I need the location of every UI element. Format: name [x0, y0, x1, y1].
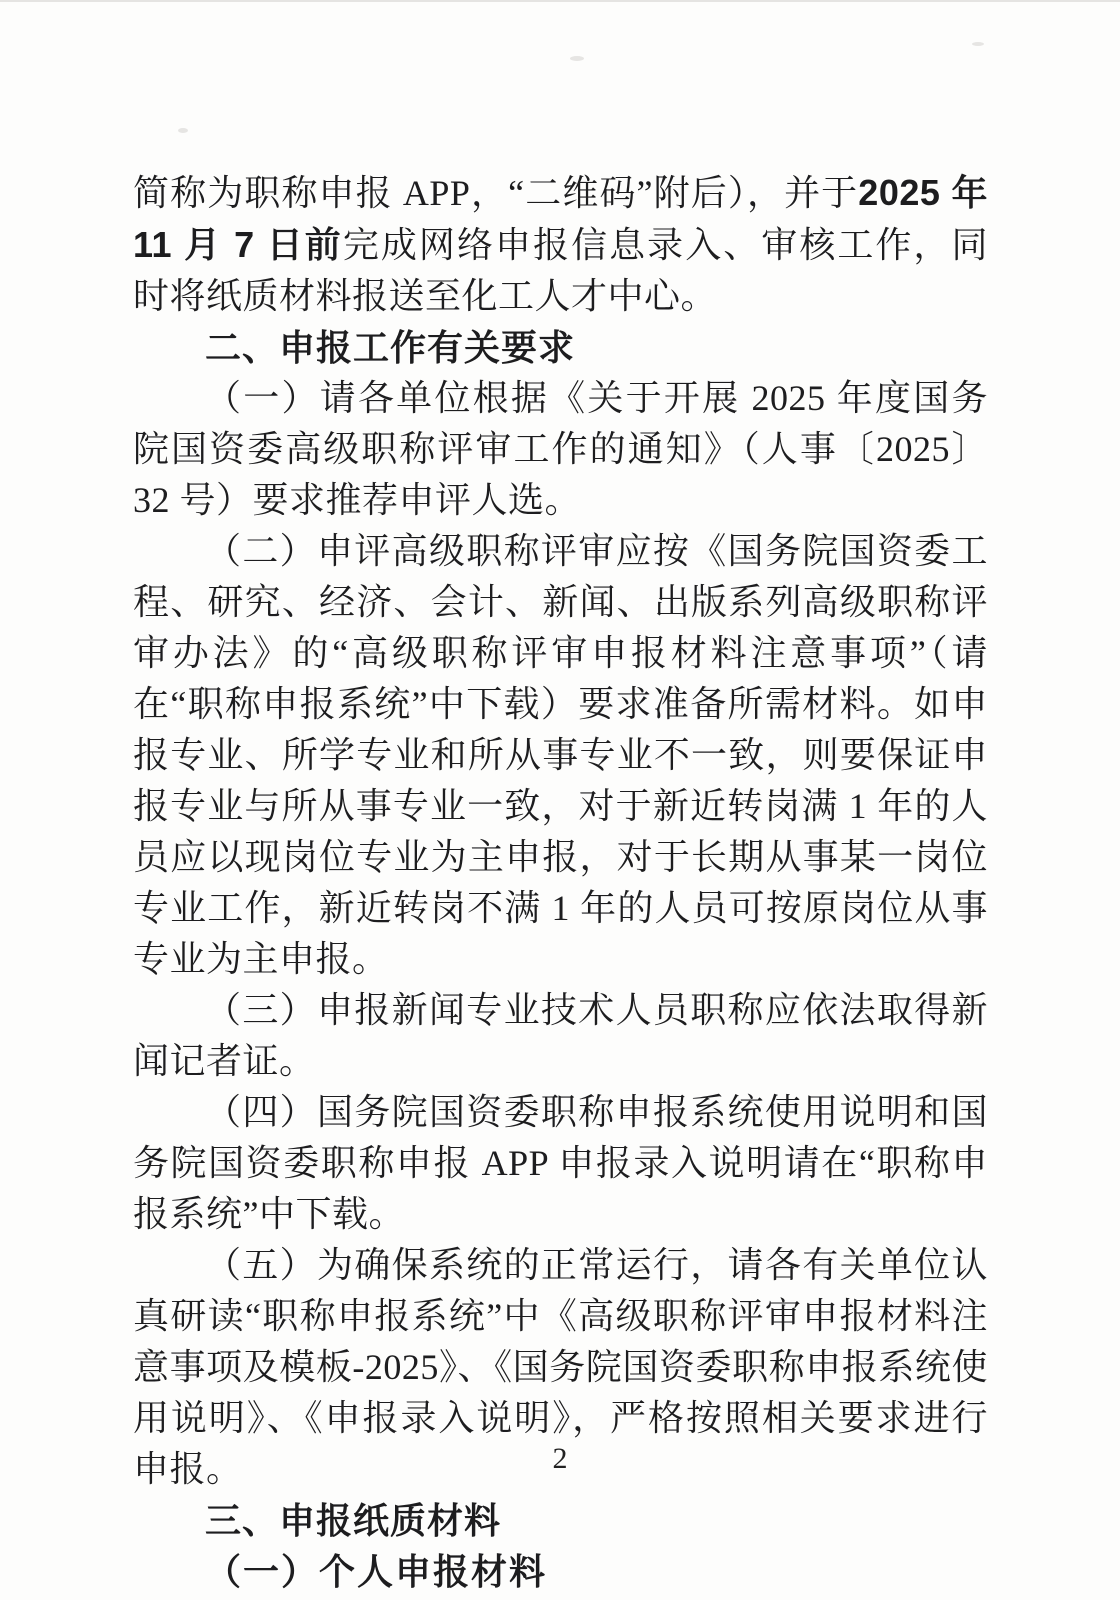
paragraph: （二）申评高级职称评审应按《国务院国资委工程、研究、经济、会计、新闻、出版系列高… [133, 526, 988, 985]
scan-artifact [178, 128, 188, 133]
section-heading: 二、申报工作有关要求 [133, 322, 988, 373]
text-segment: 简称为职称申报 APP，“二维码”附后），并于 [133, 173, 858, 213]
section-heading: 三、申报纸质材料 [133, 1495, 988, 1546]
document-body: 简称为职称申报 APP，“二维码”附后），并于2025 年 11 月 7 日前完… [133, 167, 988, 1598]
text-segment: 三、申报纸质材料 [205, 1500, 501, 1541]
scan-edge-artifact [0, 0, 1120, 2]
text-segment: 二、申报工作有关要求 [205, 327, 575, 368]
paragraph: （一）请各单位根据《关于开展 2025 年度国务院国资委高级职称评审工作的通知》… [133, 373, 988, 526]
page-number: 2 [0, 1442, 1120, 1476]
section-heading: （一）个人申报材料 [133, 1546, 988, 1598]
paragraph: （三）申报新闻专业技术人员职称应依法取得新闻记者证。 [133, 985, 988, 1087]
text-segment: （四）国务院国资委职称申报系统使用说明和国务院国资委职称申报 APP 申报录入说… [133, 1092, 988, 1234]
text-segment: （三）申报新闻专业技术人员职称应依法取得新闻记者证。 [133, 990, 988, 1081]
paragraph: （四）国务院国资委职称申报系统使用说明和国务院国资委职称申报 APP 申报录入说… [133, 1087, 988, 1240]
text-segment: （一）请各单位根据《关于开展 2025 年度国务院国资委高级职称评审工作的通知》… [133, 378, 988, 520]
scan-artifact [972, 42, 984, 46]
scan-artifact [570, 56, 584, 61]
paragraph: 简称为职称申报 APP，“二维码”附后），并于2025 年 11 月 7 日前完… [133, 167, 988, 322]
document-page: 简称为职称申报 APP，“二维码”附后），并于2025 年 11 月 7 日前完… [0, 0, 1120, 1600]
text-segment: （二）申评高级职称评审应按《国务院国资委工程、研究、经济、会计、新闻、出版系列高… [133, 531, 988, 979]
text-segment: （一）个人申报材料 [205, 1551, 547, 1592]
